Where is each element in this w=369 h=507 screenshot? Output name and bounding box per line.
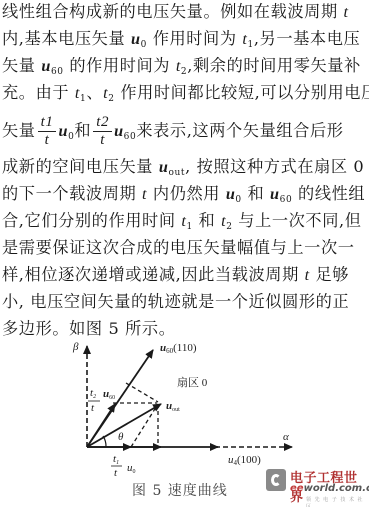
watermark-ee: ee [290, 483, 304, 494]
subscript: 60 [124, 132, 137, 142]
svg-text:t: t [91, 402, 95, 414]
text-run: , 按照这种方式在扇区 0 [185, 157, 364, 176]
figure-caption: 图 5 速度曲线 [132, 480, 228, 500]
construction-line-diagonal [126, 383, 158, 402]
sector-label: 扇区 0 [177, 375, 208, 389]
alpha-label: α [283, 431, 289, 443]
text-run: 合,它们分别的作用时间 [2, 211, 181, 230]
subscript: out [168, 168, 185, 178]
eeworld-logo-icon [266, 469, 286, 491]
text-line-5: 矢量t1tu0和t2tu60来表示,这两个矢量组合后形 [2, 112, 368, 150]
text-run: 充。由于 [2, 83, 75, 102]
text-line-2: 内,基本电压矢量 u0 作用时间为 t1,另一基本电压 [2, 29, 368, 49]
u4-label: u4(100) [228, 454, 261, 467]
text-line-4: 充。由于 t1、t2 作用时间都比较短,可以分别用电压 [2, 83, 368, 103]
text-run: 成新的空间电压矢量 [2, 157, 159, 176]
fraction-t2-over-t: t2t [93, 114, 112, 149]
svg-text:t: t [114, 467, 118, 479]
text-line-8: 合,它们分别的作用时间 t1 和 t2 与上一次不同,但 [2, 211, 368, 231]
svg-text:t1: t1 [113, 453, 119, 466]
eeworld-watermark: 电子工程世界 eeworld.com.cn 领 先 电 子 技 术 社 区 [266, 467, 366, 505]
text-run: 矢量 [2, 56, 41, 75]
var-t: t [344, 3, 349, 21]
text-run: 样,相位逐次递增或递减,因此当载波周期 [2, 265, 305, 284]
construction-line-parallel [131, 404, 158, 447]
denominator: t [38, 132, 57, 149]
text-run: 和 [74, 121, 91, 140]
text-line-1: 线性组合构成新的电压矢量。例如在载波周期 t [2, 2, 368, 22]
text-run: 和 [242, 184, 270, 203]
theta-arc [103, 436, 106, 447]
var-u: u [58, 122, 68, 140]
text-line-11: 小, 电压空间矢量的轨迹就是一个近似圆形的正 [2, 292, 368, 312]
denominator: t [93, 132, 112, 149]
text-run: 内,基本电压矢量 [2, 29, 131, 48]
text-line-9: 是需要保证这次合成的电压矢量幅值与上一次一 [2, 238, 368, 258]
text-run: ,另一基本电压 [254, 29, 360, 48]
var-u: u [114, 122, 124, 140]
svg-text:t2: t2 [90, 387, 96, 400]
t1-over-t-label: t1 t u0 [111, 453, 136, 479]
var-u: u [41, 57, 51, 75]
text-run: 的下一个载波周期 [2, 184, 142, 203]
var-u: u [226, 185, 236, 203]
text-run: 的线性组 [292, 184, 365, 203]
svg-text:u0: u0 [127, 462, 136, 475]
text-run: 与上一次不同,但 [233, 211, 362, 230]
text-run: 小, 电压空间矢量的轨迹就是一个近似圆形的正 [2, 292, 349, 311]
svg-text:u60: u60 [103, 388, 115, 401]
text-run: 的作用时间为 [64, 56, 176, 75]
text-run: 内仍然用 [147, 184, 226, 203]
text-line-6: 成新的空间电压矢量 uout, 按照这种方式在扇区 0 [2, 157, 368, 177]
fraction-t1-over-t: t1t [38, 114, 57, 149]
beta-label: β [72, 341, 79, 353]
text-line-7: 的下一个载波周期 t 内仍然用 u0 和 u60 的线性组 [2, 184, 368, 204]
watermark-en: eeworld.com.cn [290, 483, 369, 494]
u60-label: u60(110) [160, 342, 197, 355]
uout-vector [87, 404, 161, 447]
text-run: 、 [86, 83, 103, 102]
subscript: 60 [51, 67, 64, 77]
text-run: 和 [193, 211, 221, 230]
text-run: 矢量 [2, 121, 36, 140]
text-run: 作用时间为 [147, 29, 242, 48]
numerator: t1 [38, 114, 57, 132]
watermark-sub: 领 先 电 子 技 术 社 区 [306, 496, 366, 507]
text-run: 是需要保证这次合成的电压矢量幅值与上一次一 [2, 238, 355, 257]
text-line-3: 矢量 u60 的作用时间为 t2,剩余的时间用零矢量补 [2, 56, 368, 76]
text-line-10: 样,相位逐次递增或递减,因此当载波周期 t 足够 [2, 265, 368, 285]
figure-5-vector-diagram: β α u60(110) u4(100) 扇区 0 uout θ t2 t u6… [0, 330, 369, 507]
var-u: u [131, 30, 141, 48]
uout-label: uout [166, 400, 180, 413]
var-u: u [270, 185, 280, 203]
text-run: 作用时间都比较短,可以分别用电压 [115, 83, 369, 102]
text-run: 足够 [310, 265, 349, 284]
numerator: t2 [93, 114, 112, 132]
text-run: ,剩余的时间用零矢量补 [187, 56, 361, 75]
var-u: u [159, 158, 169, 176]
text-run: 线性组合构成新的电压矢量。例如在载波周期 [2, 2, 344, 21]
subscript: 60 [280, 195, 293, 205]
text-run: 来表示,这两个矢量组合后形 [136, 121, 343, 140]
theta-label: θ [118, 431, 124, 443]
watermark-domain: world.com.cn [304, 483, 369, 494]
